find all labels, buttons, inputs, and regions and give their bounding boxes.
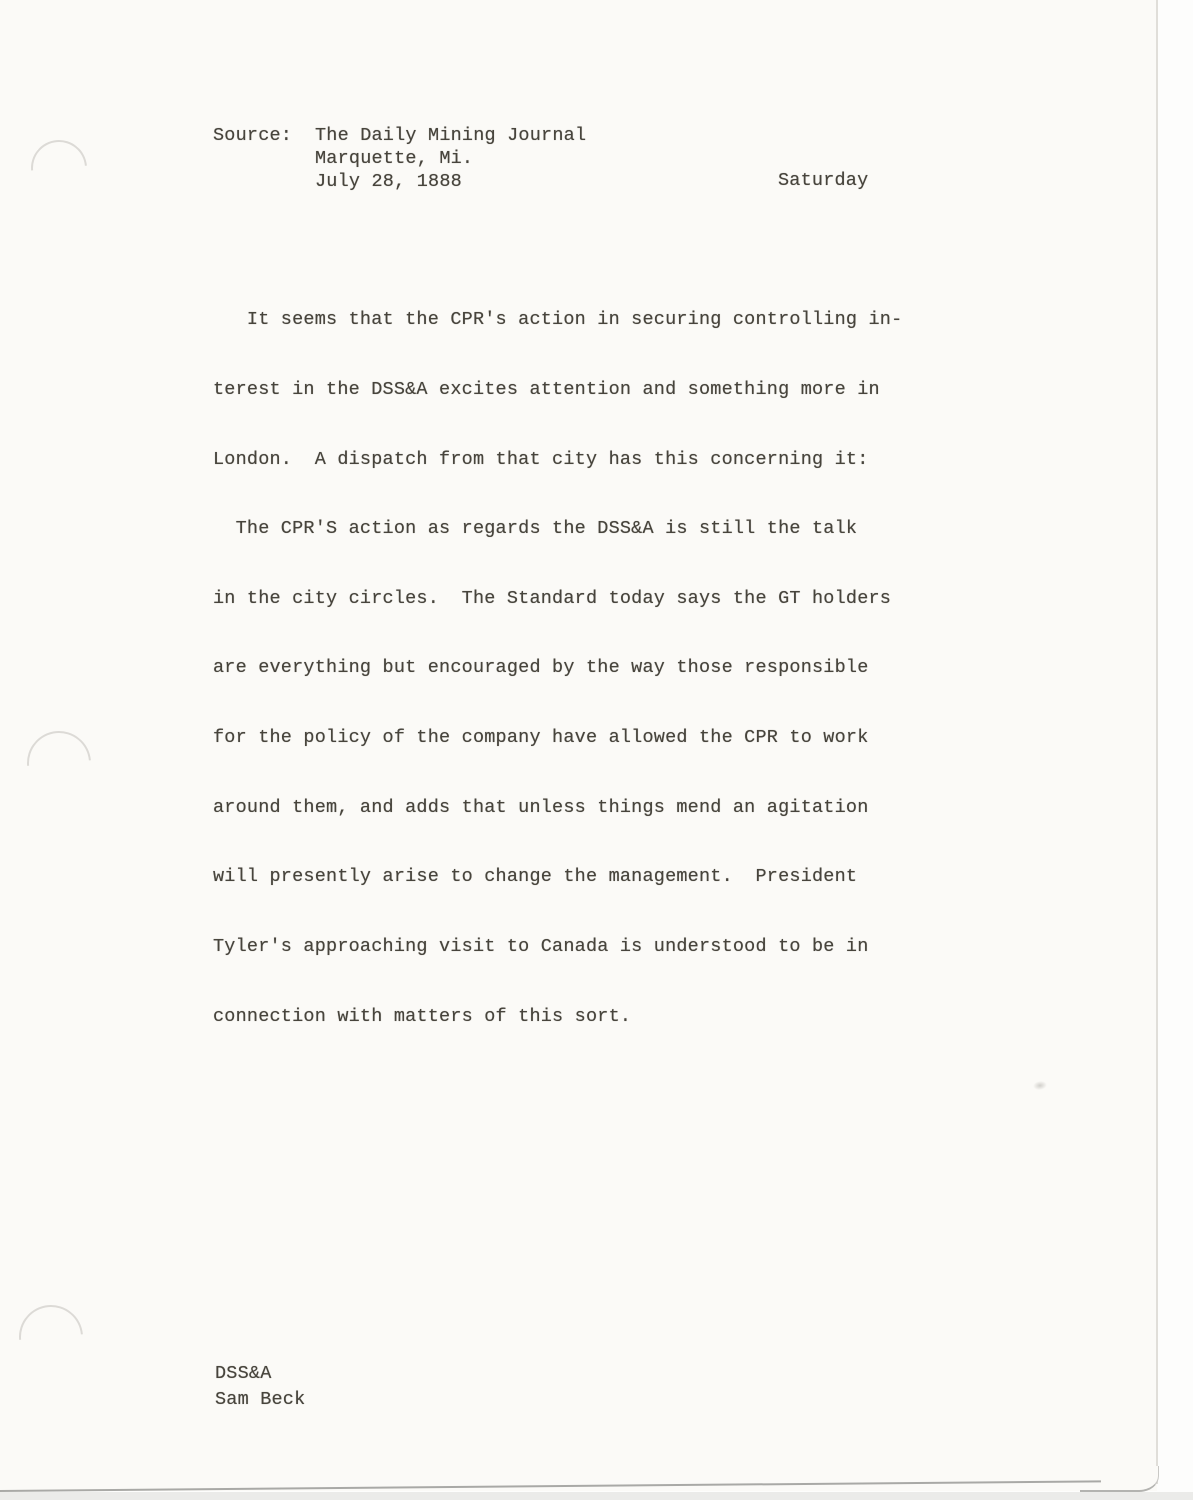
pencil-smudge-mark <box>1032 1080 1047 1091</box>
scan-bottom-strip <box>0 1492 1193 1500</box>
article-line: around them, and adds that unless things… <box>213 796 902 819</box>
article-line: The CPR'S action as regards the DSS&A is… <box>213 517 902 540</box>
article-line: terest in the DSS&A excites attention an… <box>213 378 902 401</box>
source-location: Marquette, Mi. <box>315 147 473 170</box>
article-line: are everything but encouraged by the way… <box>213 656 902 679</box>
footer-author: Sam Beck <box>215 1388 305 1411</box>
source-date: July 28, 1888 <box>315 170 462 193</box>
article-line: for the policy of the company have allow… <box>213 726 902 749</box>
footer-subject: DSS&A <box>215 1362 272 1385</box>
source-weekday: Saturday <box>778 169 868 192</box>
paper-right-edge <box>1156 0 1158 1484</box>
source-publication: The Daily Mining Journal <box>315 124 586 147</box>
article-line: connection with matters of this sort. <box>213 1005 902 1028</box>
paper-corner-curl <box>1080 1466 1159 1492</box>
article-line: in the city circles. The Standard today … <box>213 587 902 610</box>
article-line: It seems that the CPR's action in securi… <box>213 308 902 331</box>
article-line: London. A dispatch from that city has th… <box>213 448 902 471</box>
article-body: It seems that the CPR's action in securi… <box>213 262 902 1074</box>
article-line: Tyler's approaching visit to Canada is u… <box>213 935 902 958</box>
source-label: Source: <box>213 124 292 147</box>
article-line: will presently arise to change the manag… <box>213 865 902 888</box>
